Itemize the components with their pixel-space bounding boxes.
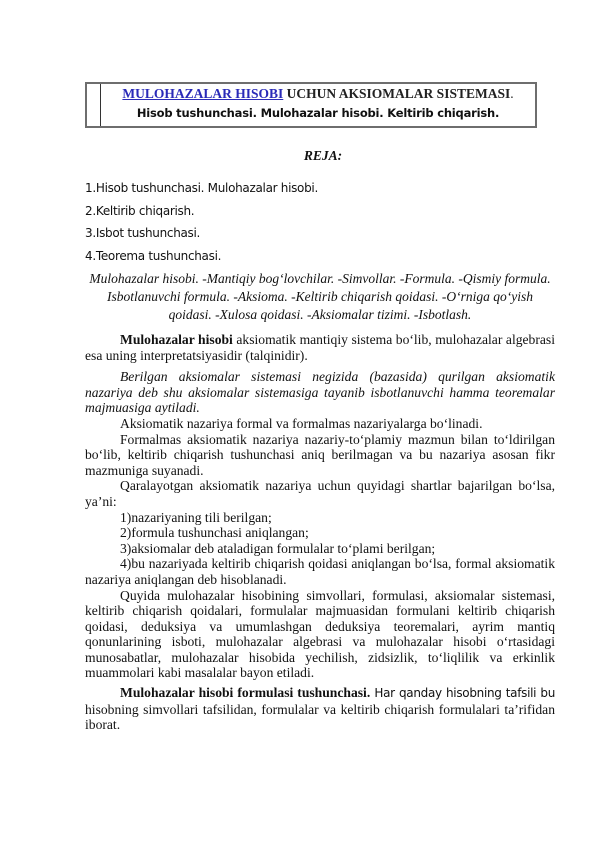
paragraph-text: hisobning simvollari tafsilidan, formula… xyxy=(85,702,555,733)
paragraph-conditions-intro: Qaralayotgan aksiomatik nazariya uchun q… xyxy=(85,478,555,509)
paragraph-formula-concept: Mulohazalar hisobi formulasi tushunchasi… xyxy=(85,685,555,733)
paragraph-overview: Quyida mulohazalar hisobining simvollari… xyxy=(85,588,555,682)
paragraph-informal-theory: Formalmas aksiomatik nazariya nazariy-to… xyxy=(85,432,555,479)
paragraph-classification: Aksiomatik nazariya formal va formalmas … xyxy=(85,416,555,432)
section-heading-bold: Mulohazalar hisobi formulasi tushunchasi… xyxy=(120,685,370,700)
body-text: Mulohazalar hisobi aksiomatik mantiqiy s… xyxy=(85,332,555,733)
plan-item: 3.Isbot tushunchasi. xyxy=(85,225,318,248)
title-period: . xyxy=(510,86,513,101)
paragraph-axiomatic-theory: Berilgan aksiomalar sistemasi negizida (… xyxy=(85,369,555,416)
plan-heading: REJA: xyxy=(0,148,596,164)
condition-item: 1)nazariyaning tili berilgan; xyxy=(85,510,555,526)
title-text: UCHUN AKSIOMALAR SISTEMASI xyxy=(283,86,510,101)
plan-item: 4.Teorema tushunchasi. xyxy=(85,248,318,271)
title-link[interactable]: MULOHAZALAR HISOBI xyxy=(122,86,283,101)
plan-item: 1.Hisob tushunchasi. Mulohazalar hisobi. xyxy=(85,180,318,203)
plan-list: 1.Hisob tushunchasi. Mulohazalar hisobi.… xyxy=(85,180,318,270)
condition-item: 4)bu nazariyada keltirib chiqarish qoida… xyxy=(85,556,555,587)
keywords-paragraph: Mulohazalar hisobi. -Mantiqiy bog‘lovchi… xyxy=(85,270,555,324)
document-subtitle: Hisob tushunchasi. Mulohazalar hisobi. K… xyxy=(101,106,535,120)
condition-item: 3)aksiomalar deb ataladigan formulalar t… xyxy=(85,541,555,557)
paragraph-text-sans: Har qanday hisobning tafsili bu xyxy=(370,686,555,700)
term-bold: Mulohazalar hisobi xyxy=(120,332,233,347)
paragraph-definition: Mulohazalar hisobi aksiomatik mantiqiy s… xyxy=(85,332,555,363)
plan-item: 2.Keltirib chiqarish. xyxy=(85,203,318,226)
document-page: MULOHAZALAR HISOBI UCHUN AKSIOMALAR SIST… xyxy=(0,0,596,842)
condition-item: 2)formula tushunchasi aniqlangan; xyxy=(85,525,555,541)
document-title: MULOHAZALAR HISOBI UCHUN AKSIOMALAR SIST… xyxy=(101,86,535,102)
title-box: MULOHAZALAR HISOBI UCHUN AKSIOMALAR SIST… xyxy=(85,82,537,128)
